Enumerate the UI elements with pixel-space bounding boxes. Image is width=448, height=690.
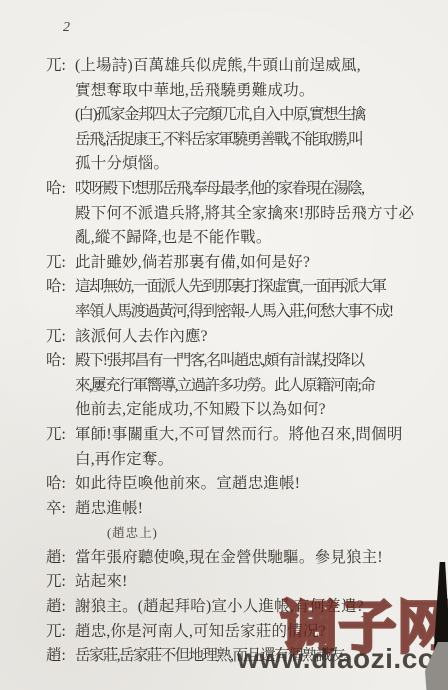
dialogue-text: 趙忠進帳!: [75, 497, 438, 522]
dialogue-text: (白)孤家金邦四太子完顏兀朮,自入中原,實想生擒: [75, 103, 438, 128]
dialogue-text: 實想奪取中華地,岳飛驍勇難成功。: [75, 79, 438, 104]
script-line: 岳飛,活捉康王,不料岳家軍驍勇善戰,不能取勝,叫: [46, 128, 438, 153]
script-line: 亂,縱不歸降,也是不能作戰。: [46, 226, 438, 251]
script-line: 實想奪取中華地,岳飛驍勇難成功。: [46, 79, 438, 104]
dialogue-text: 殿下何不派遣兵將,將其全家擒來!那時岳飛方寸必: [75, 202, 438, 227]
speaker-label: 兀:: [46, 325, 75, 350]
dialogue-text: 亂,縱不歸降,也是不能作戰。: [75, 226, 438, 251]
page-number: 2: [63, 20, 70, 36]
script-line: 白,再作定奪。: [46, 448, 438, 473]
speaker-label: 兀:: [46, 251, 75, 276]
script-line: 率領人馬渡過黃河,得到密報-人馬入莊,何愁大事不成!: [46, 300, 438, 325]
script-line: 哈: 這却無妨,一面派人先到那裏打探虛實,一面再派大軍: [46, 275, 438, 300]
dialogue-text: 軍師!事關重大,不可冒然而行。將他召來,問個明: [75, 423, 438, 448]
speaker-label: 卒:: [46, 497, 75, 522]
dialogue-text: 岳飛,活捉康王,不料岳家軍驍勇善戰,不能取勝,叫: [75, 128, 438, 153]
dialogue-text: 他前去,定能成功,不知殿下以為如何?: [75, 398, 438, 423]
speaker-label: 趙:: [46, 644, 75, 669]
speaker-label: 兀:: [46, 423, 75, 448]
script-line: 兀: 該派何人去作內應?: [46, 325, 438, 350]
script-line: 兀: 此計雖妙,倘若那裏有備,如何是好?: [46, 251, 438, 276]
script-line: (白)孤家金邦四太子完顏兀朮,自入中原,實想生擒: [46, 103, 438, 128]
dialogue-text: 率領人馬渡過黃河,得到密報-人馬入莊,何愁大事不成!: [75, 300, 438, 325]
script-line: 哈: 哎呀殿下!想那岳飛,奉母最孝,他的家眷現在湯陰,: [46, 177, 438, 202]
dialogue-text: 如此待臣喚他前來。宣趙忠進帳!: [75, 472, 438, 497]
script-line: 哈: 如此待臣喚他前來。宣趙忠進帳!: [46, 472, 438, 497]
script-line: 來,屢充行軍嚮導,立過許多功勞。此人原籍河南;命: [46, 374, 438, 399]
dialogue-text: 這却無妨,一面派人先到那裏打探虛實,一面再派大軍: [75, 275, 438, 300]
speaker-label: 趙:: [46, 595, 75, 620]
dialogue-text: 當年張府聽使喚,現在金營供馳驅。參見狼主!: [75, 546, 438, 571]
stage-direction: (趙忠上): [46, 521, 438, 546]
speaker-label: 哈:: [46, 177, 75, 202]
dialogue-text: 此計雖妙,倘若那裏有備,如何是好?: [75, 251, 438, 276]
speaker-label: 趙:: [46, 546, 75, 571]
speaker-label: 兀:: [46, 620, 75, 645]
dialogue-text: 殿下!張邦昌有一門客,名叫趙忠,頗有計謀,投降以: [75, 349, 438, 374]
dialogue-text: 白,再作定奪。: [75, 448, 438, 473]
script-text-block: 兀: (上場詩)百萬雄兵似虎熊,牛頭山前逞威風, 實想奪取中華地,岳飛驍勇難成功…: [46, 54, 438, 669]
script-line: 哈: 殿下!張邦昌有一門客,名叫趙忠,頗有計謀,投降以: [46, 349, 438, 374]
watermark-url-text: www.diaozi.com: [237, 643, 448, 675]
script-line: 孤十分煩惱。: [46, 152, 438, 177]
dialogue-text: 哎呀殿下!想那岳飛,奉母最孝,他的家眷現在湯陰,: [75, 177, 438, 202]
script-line: 兀: 站起來!: [46, 570, 438, 595]
speaker-label: 哈:: [46, 275, 75, 300]
script-line: 趙: 當年張府聽使喚,現在金營供馳驅。參見狼主!: [46, 546, 438, 571]
script-line: 他前去,定能成功,不知殿下以為如何?: [46, 398, 438, 423]
stage-direction-text: (趙忠上): [75, 521, 438, 546]
script-line: 兀: 軍師!事關重大,不可冒然而行。將他召來,問個明: [46, 423, 438, 448]
script-line: 卒: 趙忠進帳!: [46, 497, 438, 522]
script-line: 殿下何不派遣兵將,將其全家擒來!那時岳飛方寸必: [46, 202, 438, 227]
speaker-label: 兀:: [46, 570, 75, 595]
dialogue-text: (上場詩)百萬雄兵似虎熊,牛頭山前逞威風,: [75, 54, 438, 79]
dialogue-text: 來,屢充行軍嚮導,立過許多功勞。此人原籍河南;命: [75, 374, 438, 399]
speaker-label: 哈:: [46, 472, 75, 497]
scanned-script-page: 2 兀: (上場詩)百萬雄兵似虎熊,牛頭山前逞威風, 實想奪取中華地,岳飛驍勇難…: [0, 0, 448, 690]
script-line: 兀: (上場詩)百萬雄兵似虎熊,牛頭山前逞威風,: [46, 54, 438, 79]
speaker-label: 哈:: [46, 349, 75, 374]
dialogue-text: 站起來!: [75, 570, 438, 595]
dialogue-text: 孤十分煩惱。: [75, 152, 438, 177]
dialogue-text: 該派何人去作內應?: [75, 325, 438, 350]
speaker-label: 兀:: [46, 54, 75, 79]
